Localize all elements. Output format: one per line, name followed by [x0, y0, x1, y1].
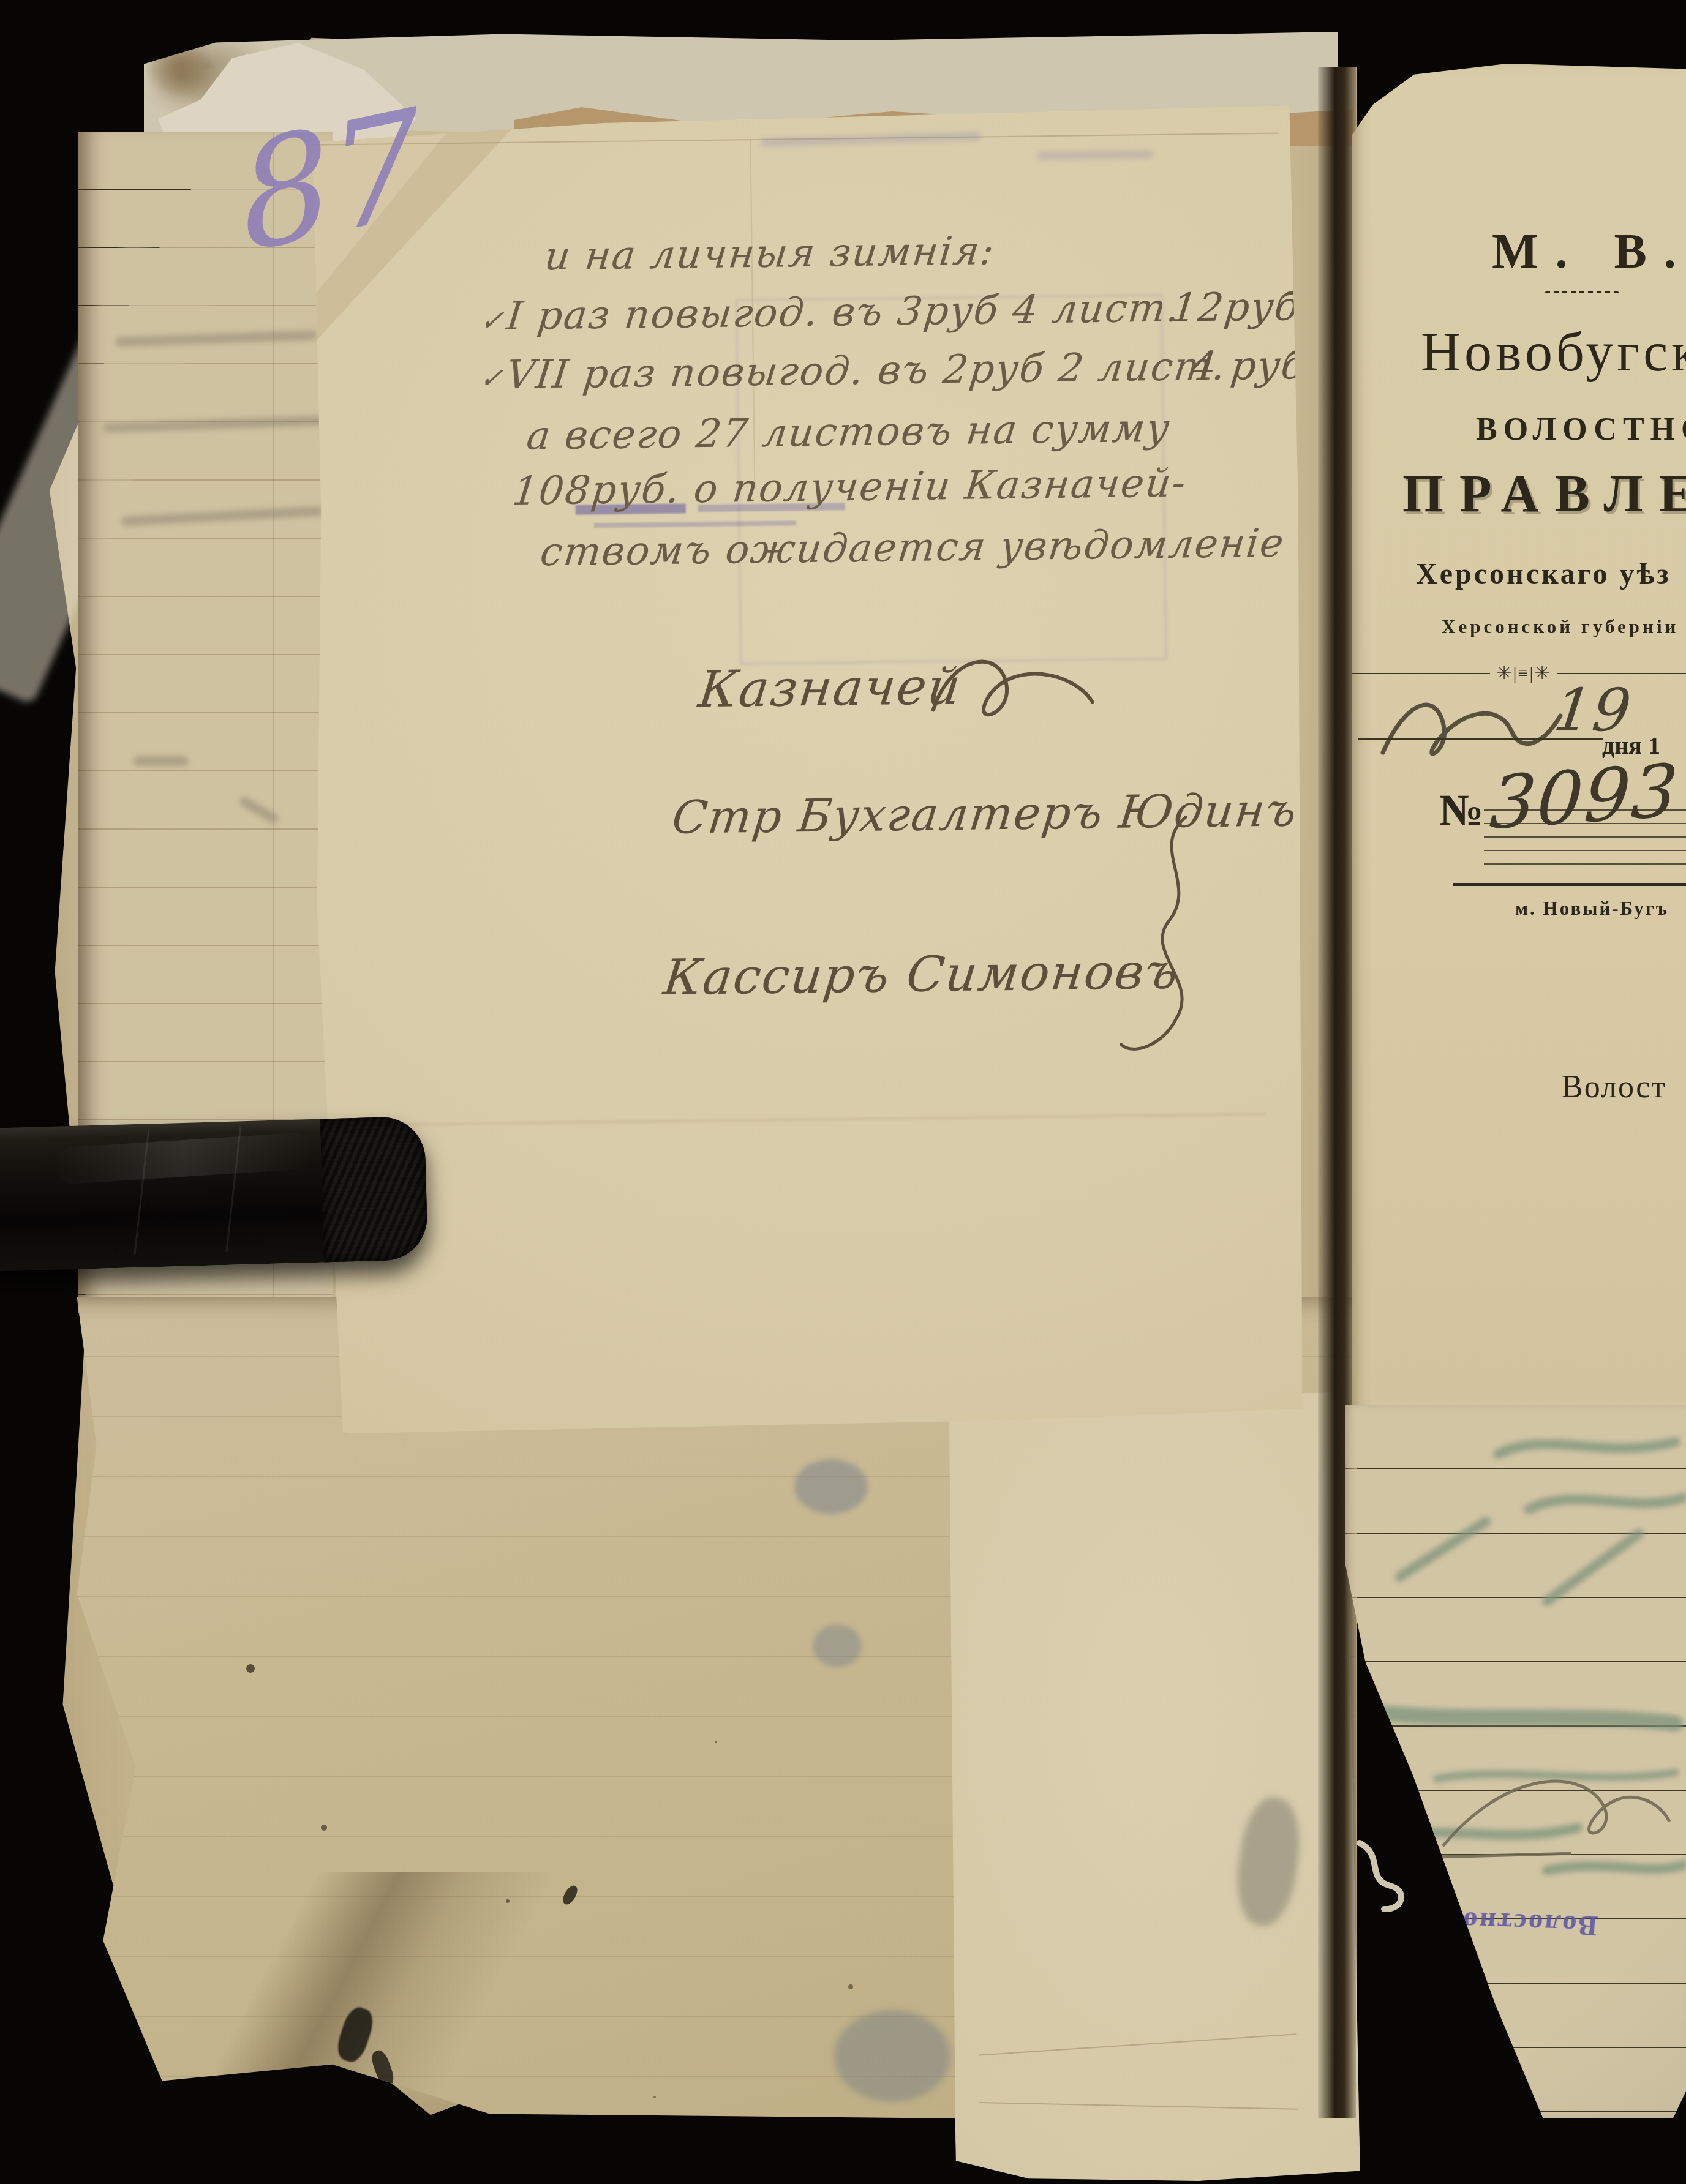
faint-stamp-trace: [761, 132, 981, 147]
manuscript-line-3: VII раз повыгод. въ 2руб 2 лист.: [504, 344, 1229, 398]
letterhead-ministry: М. В. Д.: [1492, 224, 1686, 280]
signature-cashier: Кассиръ Симоновъ: [661, 943, 1182, 1006]
blue-grey-stain: [813, 1624, 862, 1667]
date-rule: [1358, 738, 1603, 740]
manuscript-line-6: ствомъ ожидается увѣдомленіе: [538, 520, 1287, 575]
ink-bleed-line: [103, 416, 323, 433]
specks: [246, 1664, 255, 1673]
thick-rule: [1453, 883, 1686, 886]
volost-stamp: Волостной С: [1409, 1903, 1599, 1942]
manuscript-line-3-amount: 4 руб: [1189, 343, 1309, 389]
crumple-line: [979, 2033, 1296, 2055]
letterhead-org1: Новобугско: [1421, 321, 1686, 384]
lower-right-sheet: Волостной С: [1345, 1405, 1686, 2118]
letterhead-org2: ВОЛОСТНОЕ: [1476, 411, 1686, 448]
grey-smudge: [1232, 1794, 1306, 1929]
folio-number: 87: [233, 90, 430, 274]
signature-flourish: [914, 634, 1111, 747]
crumple-line: [979, 2102, 1298, 2110]
tape-end-wrap: [320, 1116, 428, 1263]
sheet-crease: [338, 1113, 1265, 1126]
blue-grey-stain: [834, 2010, 950, 2102]
ministry-underline: [1545, 291, 1619, 293]
ink-bleed-mark: [134, 756, 189, 766]
letterhead-org3: ПРАВЛЕН: [1402, 463, 1686, 524]
manuscript-sheet: и на личныя зимнія: ✓ I раз повыгод. въ …: [307, 105, 1309, 1434]
binding-gutter: [1318, 67, 1356, 2118]
manuscript-line-2: I раз повыгод. въ 3руб 4 лист.: [505, 285, 1183, 339]
manuscript-line-4: а всего 27 листовъ на сумму: [524, 406, 1173, 459]
faint-stamp-trace: [1037, 150, 1153, 160]
letterhead-page: М. В. Д. Новобугско ВОЛОСТНОЕ ПРАВЛЕН Хе…: [1352, 64, 1686, 1429]
binding-thread: [1347, 1837, 1427, 1916]
tape-sheen: [53, 1132, 312, 1185]
archival-photo-canvas: и на личныя зимнія: ✓ I раз повыгод. въ …: [0, 0, 1686, 2184]
bottom-center-sheet: [945, 1392, 1360, 2184]
blue-grey-stain: [794, 1459, 868, 1514]
pencil-flourish: [1418, 1748, 1676, 1883]
letterhead-uezd: Херсонскаго уѣз: [1416, 557, 1671, 591]
black-tape-strap: [0, 1116, 428, 1272]
number-sign: №: [1439, 785, 1483, 836]
fold-shadow: [44, 1872, 595, 2123]
check-mark: ✓: [478, 304, 507, 337]
manuscript-line-1: и на личныя зимнія:: [543, 228, 998, 279]
check-mark: ✓: [478, 361, 506, 395]
signature-flourish-tail: [1112, 811, 1213, 1069]
letterhead-place: м. Новый-Бугъ: [1515, 898, 1669, 920]
ink-bleed-line: [121, 506, 323, 526]
manuscript-line-5: 108руб. о полученіи Казначей-: [510, 460, 1189, 514]
letterhead-gubernia: Херсонской губерніи: [1442, 616, 1679, 638]
handwritten-number: 3093: [1488, 748, 1682, 846]
letterhead-volost-fragment: Волост: [1562, 1069, 1666, 1105]
ink-bleed-line: [115, 330, 317, 347]
